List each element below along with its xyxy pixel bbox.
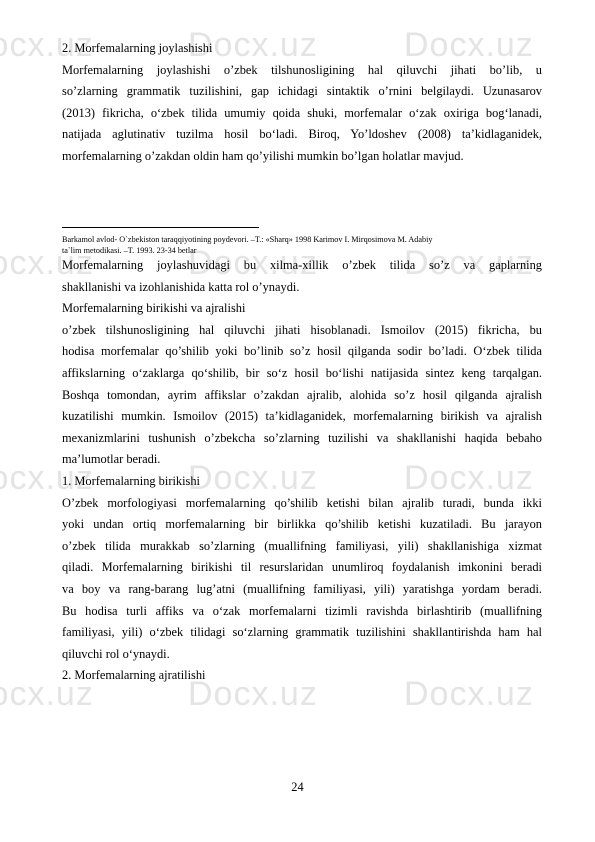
document-page: Docx.uz Docx.uz Docx.uz Docx.uz Docx.uz … [0, 0, 595, 842]
text-line: hodisa morfemalar qo’shilib yoki bo’lini… [62, 343, 542, 359]
text-line: 2. Morfemalarning ajratilishi [62, 667, 542, 683]
text-line: qiluvchi rol o‘ynaydi. [62, 646, 542, 662]
text-line: shakllanishi va izohlanishida katta rol … [62, 279, 542, 295]
watermark: Docx.uz [0, 679, 94, 709]
text-line: familiyasi, yili) o‘zbek tilidagi so‘zla… [62, 624, 542, 640]
text-line: qiladi. Morfemalarning birikishi til res… [62, 559, 542, 575]
text-line: va boy va rang-barang lug’atni (muallifn… [62, 581, 542, 597]
text-line: so’zlarning grammatik tuzilishini, gap i… [62, 83, 542, 99]
text-line: Boshqa tomondan, ayrim affikslar o’zakda… [62, 387, 542, 403]
page-number: 24 [0, 780, 595, 795]
text-line: Morfemalarning joylashuvidagi bu xilma-x… [62, 257, 542, 273]
footnote-separator [62, 227, 259, 228]
text-line: Morfemalarning birikishi va ajralishi [62, 300, 542, 316]
text-line: Bu hodisa turli affiks va o‘zak morfemal… [62, 603, 542, 619]
watermark: Docx.uz [404, 679, 534, 709]
text-line: (2013) fikricha, o‘zbek tilida umumiy qo… [62, 105, 542, 121]
text-line: morfemalarning o’zakdan oldin ham qo’yil… [62, 148, 542, 164]
text-line: 2. Morfemalarning joylashishi [62, 40, 542, 56]
text-line: O’zbek morfologiyasi morfemalarning qo’s… [62, 495, 542, 511]
footnote-line: ta`lim metodikasi. –T. 1993. 23-34 betla… [62, 246, 196, 256]
text-line: 1. Morfemalarning birikishi [62, 473, 542, 489]
footnote-line: Barkamol avlod- O`zbekiston taraqqiyotin… [62, 235, 433, 245]
watermark-row: Docx.uz Docx.uz Docx.uz [0, 679, 595, 709]
text-line: affikslarning o‘zaklarga qo‘shilib, bir … [62, 365, 542, 381]
watermark: Docx.uz [188, 679, 318, 709]
text-line: kuzatilishi mumkin. Ismoilov (2015) ta’k… [62, 408, 542, 424]
text-line: Morfemalarning joylashishi o’zbek tilshu… [62, 62, 542, 78]
text-line: o’zbek tilshunosligining hal qiluvchi ji… [62, 322, 542, 338]
text-line: ma’lumotlar beradi. [62, 451, 542, 467]
text-line: yoki undan ortiq morfemalarning bir birl… [62, 516, 542, 532]
text-line: mexanizmlarini tushunish o’zbekcha so’zl… [62, 430, 542, 446]
text-line: o’zbek tilida murakkab so’zlarning (mual… [62, 538, 542, 554]
text-line: natijada aglutinativ tuzilma hosil bo‘la… [62, 126, 542, 142]
